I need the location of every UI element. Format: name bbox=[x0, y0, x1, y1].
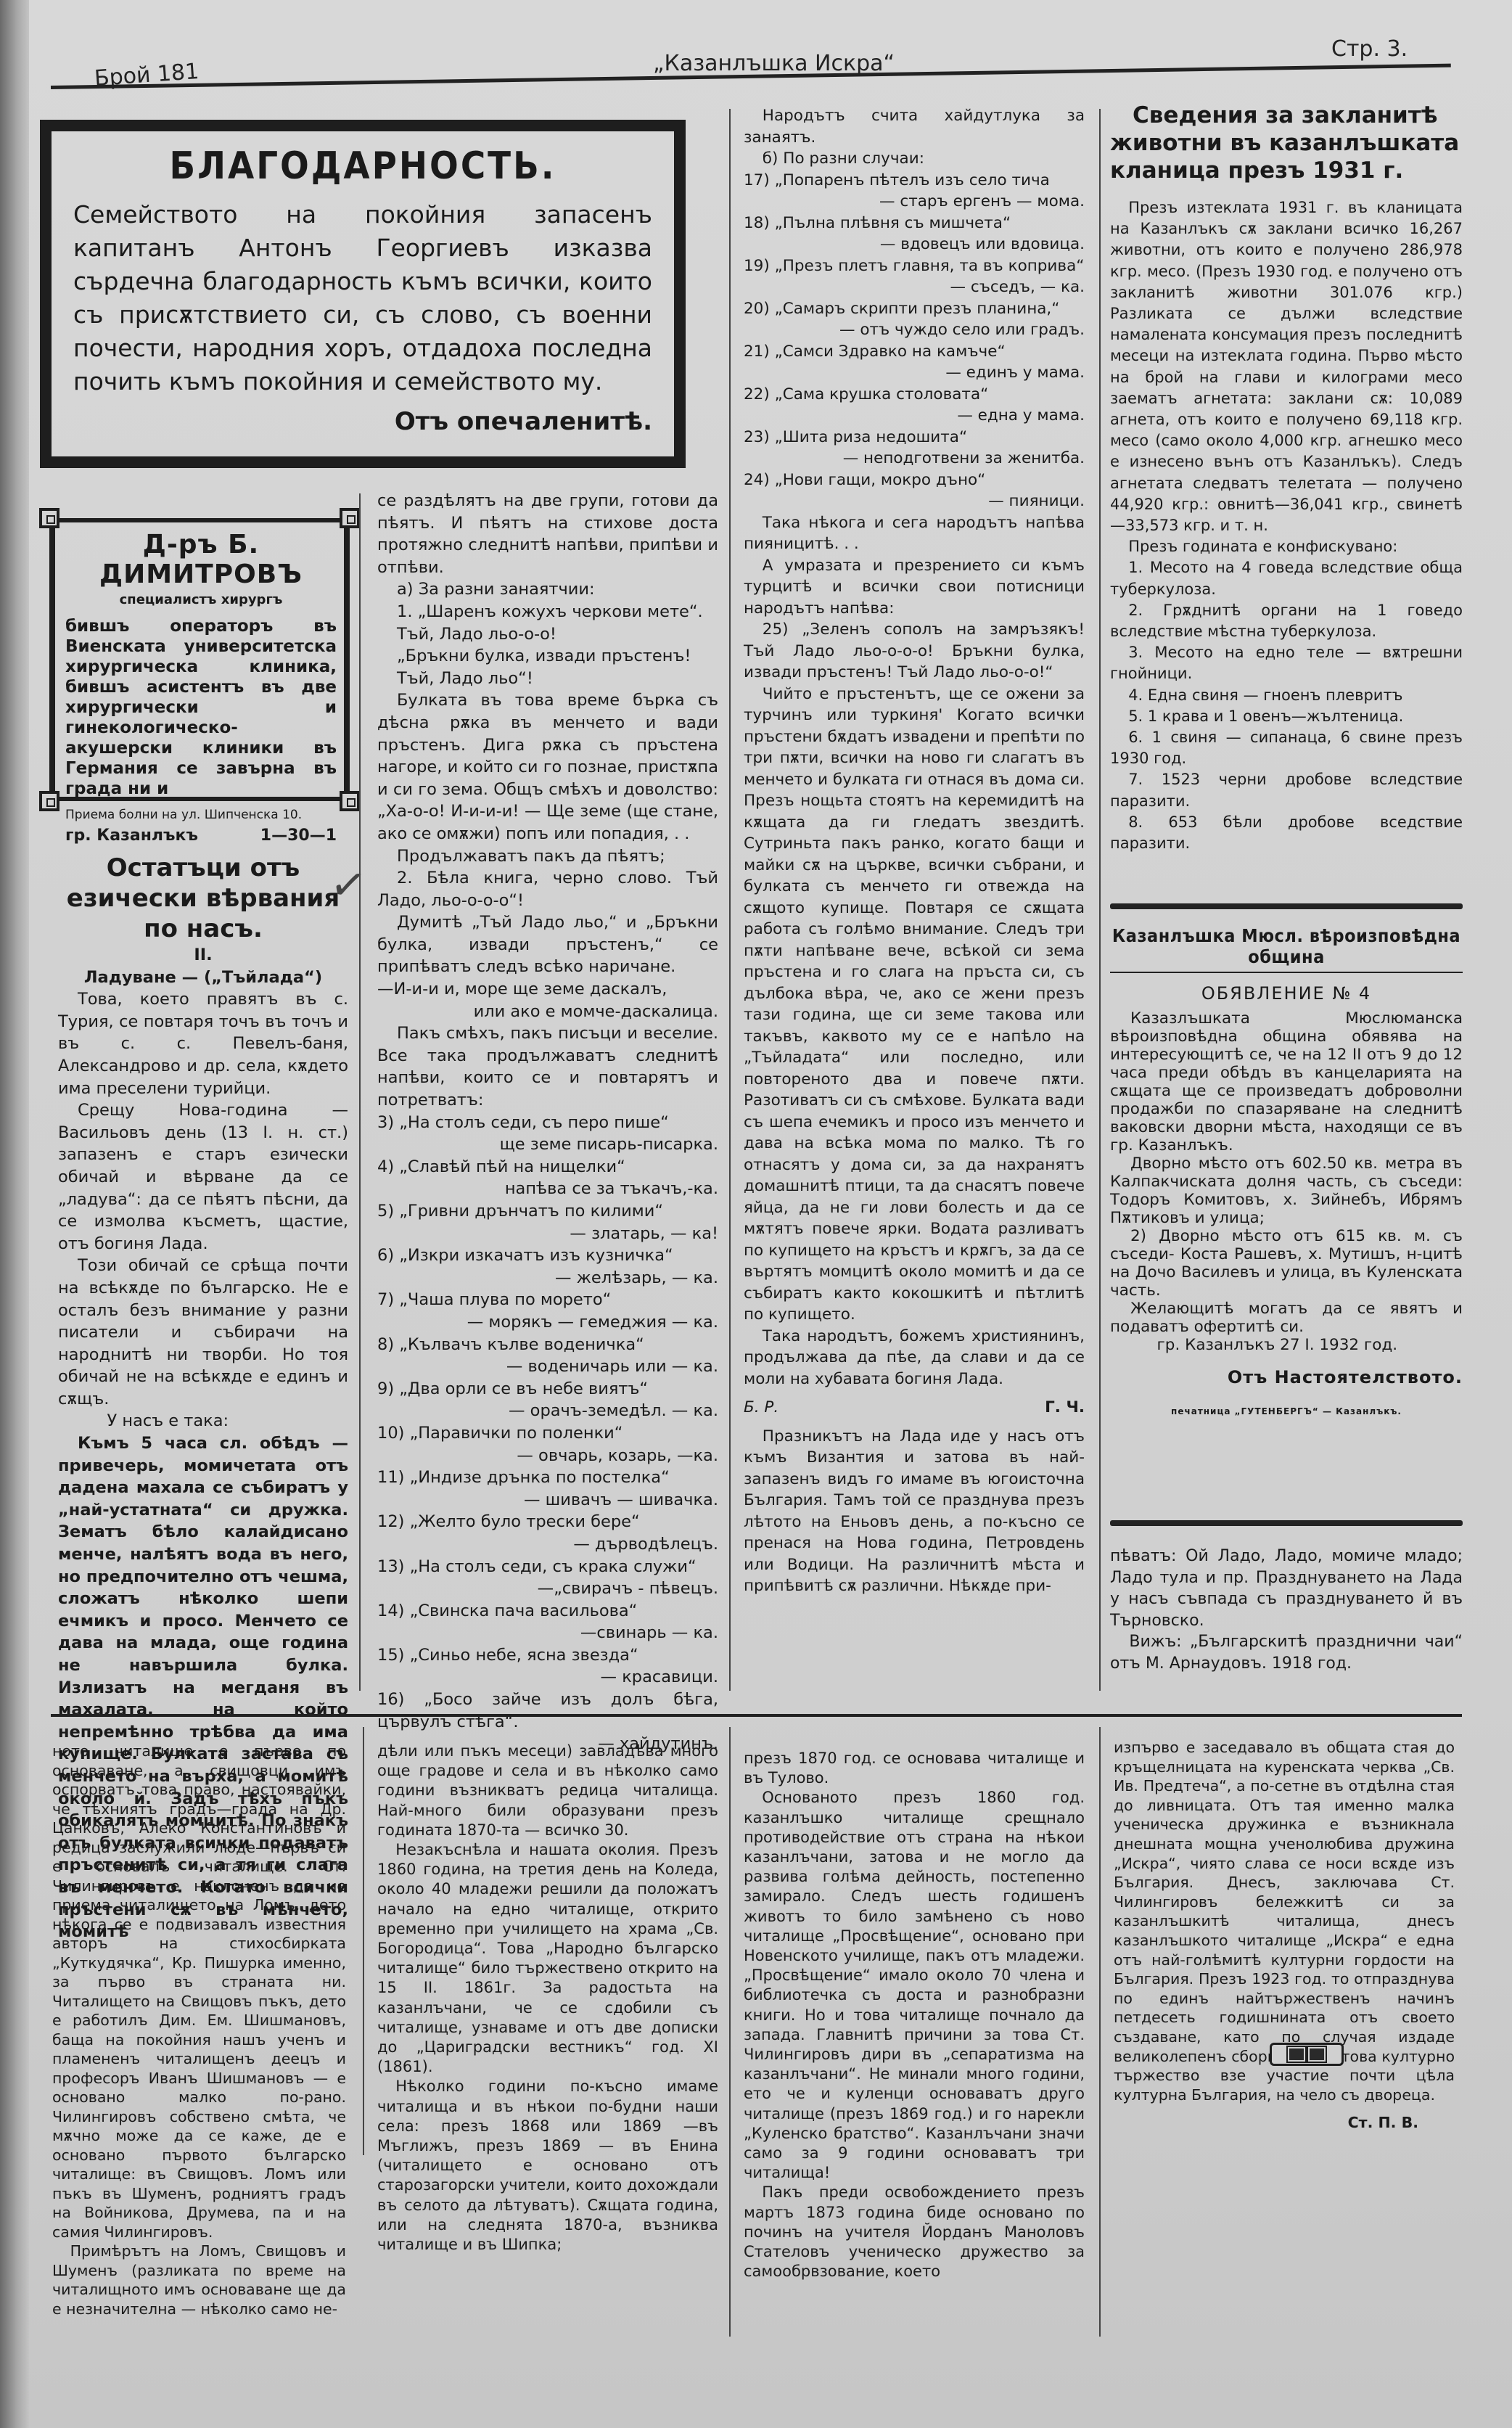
paragraph: Пакъ смѣхъ, пакъ писъци и веселие. Все т… bbox=[377, 1022, 718, 1111]
paragraph: презъ 1870 год. се основава читалище и в… bbox=[744, 1749, 1085, 1788]
note-continuation: пѣватъ: Ой Ладо, Ладо, момиче младо; Лад… bbox=[1110, 1546, 1463, 1674]
pagan-article-column-3: Народътъ счита хайдутлука за занаятъ. б)… bbox=[744, 105, 1085, 1597]
chitalishte-column-4: изпърво е заседавало въ общата стая до к… bbox=[1114, 1738, 1455, 2133]
paragraph: ното читалище е първо по основаване, а с… bbox=[52, 1742, 346, 2242]
list-item: 1. Месото на 4 говеда вследствие обща ту… bbox=[1110, 557, 1463, 599]
section-divider bbox=[1110, 903, 1463, 909]
doctor-specialty: специалистъ хирургъ bbox=[65, 592, 337, 607]
thanks-signature: Отъ опечаленитѣ. bbox=[73, 407, 652, 436]
paragraph: Тъй, Ладо льо-о-о! bbox=[377, 623, 718, 646]
paragraph: дѣли или пъкъ месеци) завладѣва много ощ… bbox=[377, 1742, 718, 1840]
song-item: 3) „На столъ седи, съ перо пише“ще земе … bbox=[377, 1112, 718, 1156]
notice-title: ОБЯВЛЕНИЕ № 4 bbox=[1110, 983, 1463, 1004]
thanks-title: БЛАГОДАРНОСТЬ. bbox=[73, 144, 652, 188]
section-divider bbox=[1110, 1520, 1463, 1526]
slaughter-article-title: Сведения за закланитѣ животни въ казанлъ… bbox=[1110, 102, 1463, 184]
notice-signature: Отъ Настоятелството. bbox=[1110, 1367, 1463, 1387]
ornament-icon bbox=[1270, 2043, 1344, 2066]
paragraph: Думитѣ „Тъй Ладо льо,“ и „Бръкни булка, … bbox=[377, 911, 718, 978]
list-item: 5. 1 крава и 1 овенъ—жълтеница. bbox=[1110, 706, 1463, 727]
song-item: 4) „Славѣй пѣй на нищелки“напѣва се за т… bbox=[377, 1156, 718, 1200]
paragraph: Нѣколко години по-късно имаме читалища и… bbox=[377, 2077, 718, 2255]
paragraph: А умразата и презрението си къмъ турцитѣ… bbox=[744, 555, 1085, 620]
paragraph: Презъ годината е конфискувано: bbox=[1110, 536, 1463, 557]
chitalishte-column-1: ното читалище е първо по основаване, а с… bbox=[52, 1742, 346, 2318]
paragraph: Така нѣкога и сега народътъ напѣва пияни… bbox=[744, 512, 1085, 555]
editor-note-mark: Б. Р. bbox=[744, 1397, 778, 1419]
paragraph: Народътъ счита хайдутлука за занаятъ. bbox=[744, 105, 1085, 148]
chitalishte-column-2: дѣли или пъкъ месеци) завладѣва много ощ… bbox=[377, 1742, 718, 2255]
doctor-city: гр. Казанлъкъ bbox=[65, 827, 198, 845]
paragraph: Продължаватъ пакъ да пѣятъ; bbox=[377, 845, 718, 868]
paragraph: Желающитѣ могатъ да се явятъ и подаватъ … bbox=[1110, 1300, 1463, 1336]
song-list: 17) „Попаренъ пѣтелъ изъ село тича— стар… bbox=[744, 170, 1085, 512]
song-item: 11) „Индизе дрънка по постелка“— шивачъ … bbox=[377, 1467, 718, 1511]
corner-ornament-icon bbox=[340, 791, 360, 811]
paragraph: 2) Дворно мѣсто отъ 615 кв. м. съ съседи… bbox=[1110, 1227, 1463, 1300]
column-divider bbox=[1099, 109, 1101, 1691]
paragraph: Презъ изтеклата 1931 г. въ кланицата на … bbox=[1110, 197, 1463, 536]
paragraph: Това, което правятъ въ с. Турия, се повт… bbox=[58, 988, 348, 1099]
song-item: 5) „Гривни дрънчатъ по килими“— златарь,… bbox=[377, 1200, 718, 1244]
doctor-ad: Д-ръ Б. ДИМИТРОВЪ специалистъ хирургъ би… bbox=[36, 508, 363, 811]
paragraph: Незакъснѣла и нашата околия. Презъ 1860 … bbox=[377, 1840, 718, 2077]
column-divider bbox=[359, 493, 361, 1691]
notice-date: гр. Казанлъкъ 27 I. 1932 год. bbox=[1110, 1336, 1463, 1354]
corner-ornament-icon bbox=[340, 508, 360, 528]
column-divider bbox=[1099, 1727, 1101, 2337]
song-item: 9) „Два орли се въ небе виятъ“— орачъ-зе… bbox=[377, 1378, 718, 1422]
paragraph: 2. Бѣла книга, черно слово. Тъй Ладо, ль… bbox=[377, 867, 718, 911]
paragraph: се раздѣлятъ на две групи, готови да пѣя… bbox=[377, 490, 718, 578]
thanks-notice-box: БЛАГОДАРНОСТЬ. Семейството на покойния з… bbox=[40, 120, 686, 468]
paragraph: „Бръкни булка, извади пръстенъ! bbox=[377, 645, 718, 668]
pagan-article-title: Остатъци отъ езически вѣрвания по насъ. bbox=[58, 853, 348, 944]
song-list: 3) „На столъ седи, съ перо пише“ще земе … bbox=[377, 1112, 718, 1755]
paragraph: пѣватъ: Ой Ладо, Ладо, момиче младо; Лад… bbox=[1110, 1546, 1463, 1631]
song-item: 6) „Изкри изкачатъ изъ кузничка“— желѣза… bbox=[377, 1244, 718, 1289]
paragraph: Дворно мѣсто отъ 602.50 кв. метра въ Кал… bbox=[1110, 1154, 1463, 1227]
article-signature: Ст. П. В. bbox=[1114, 2113, 1455, 2133]
list-item: 8. 653 бѣли дробове вседствие паразити. bbox=[1110, 812, 1463, 854]
paragraph: Примѣрътъ на Ломъ, Свищовъ и Шуменъ (раз… bbox=[52, 2242, 346, 2318]
song-item: 10) „Паравички по поленки“— овчарь, коза… bbox=[377, 1422, 718, 1467]
song-item: 8) „Кълвачъ кълве воденичка“— воденичарь… bbox=[377, 1334, 718, 1378]
list-item: 7. 1523 черни дробове вследствие паразит… bbox=[1110, 769, 1463, 811]
thanks-body: Семейството на покойния запасенъ капитан… bbox=[73, 198, 652, 398]
muslim-community-notice: Казанлъшка Мюсл. вѣроизповѣдна община ОБ… bbox=[1110, 925, 1463, 1416]
paragraph: Тъй, Ладо льо“! bbox=[377, 668, 718, 690]
song-item: 18) „Пълна плѣвня съ мишчета“— вдовецъ и… bbox=[744, 213, 1085, 255]
bottom-section-rule bbox=[51, 1714, 1462, 1717]
chitalishte-column-3: презъ 1870 год. се основава читалище и в… bbox=[744, 1749, 1085, 2281]
page-number: Стр. 3. bbox=[1331, 36, 1408, 62]
notice-header: Казанлъшка Мюсл. вѣроизповѣдна община bbox=[1110, 925, 1463, 973]
author-initials: Г. Ч. bbox=[1045, 1397, 1085, 1419]
paragraph: У насъ е така: bbox=[58, 1410, 348, 1432]
slaughter-article: Сведения за закланитѣ животни въ казанлъ… bbox=[1110, 102, 1463, 854]
doctor-ad-code: 1—30—1 bbox=[260, 827, 337, 845]
song-item: 17) „Попаренъ пѣтелъ изъ село тича— стар… bbox=[744, 170, 1085, 213]
paragraph: 1. „Шаренъ кожухъ черкови мете“. bbox=[377, 601, 718, 623]
column-divider bbox=[363, 1727, 364, 2155]
song-item: 22) „Сама крушка столовата“— една у мама… bbox=[744, 384, 1085, 427]
list-item: 2. Грѫднитѣ органи на 1 говедо вследстви… bbox=[1110, 600, 1463, 642]
paragraph: Срещу Нова-година — Васильовъ день (13 I… bbox=[58, 1099, 348, 1255]
column-divider bbox=[729, 1727, 731, 2337]
song-item: 13) „На столъ седи, съ крака служи“—„сви… bbox=[377, 1556, 718, 1600]
printer-credit: печатница „ГУТЕНБЕРГЪ“ — Казанлъкъ. bbox=[1110, 1406, 1463, 1416]
paragraph: Основаното презъ 1860 год. казанлъшко чи… bbox=[744, 1788, 1085, 2183]
paragraph: или ако е момче-даскалица. bbox=[377, 1001, 718, 1023]
paragraph: Този обичай се срѣща почти на всѣкѫде по… bbox=[58, 1255, 348, 1410]
song-item: 23) „Шита риза недошита“— неподготвени з… bbox=[744, 427, 1085, 469]
article-subtitle: Ладуване — („Тъйлада“) bbox=[58, 967, 348, 989]
song-item: 20) „Самаръ скрипти презъ планина,“— отъ… bbox=[744, 298, 1085, 341]
paragraph: —И-и-и и, море ще земе даскалъ, bbox=[377, 978, 718, 1001]
paragraph: Булката въ това време бърка съ дѣсна рѫк… bbox=[377, 689, 718, 845]
song-item: 12) „Желто було трески бере“— дърводѣлец… bbox=[377, 1511, 718, 1555]
article-part: II. bbox=[58, 944, 348, 967]
doctor-description: бившъ операторъ въ Виенската университет… bbox=[65, 616, 337, 799]
song-item: 24) „Нови гащи, мокро дъно“— пияници. bbox=[744, 469, 1085, 512]
song-item: 7) „Чаша плува по морето“— морякъ — геме… bbox=[377, 1289, 718, 1333]
editor-note: Празникътъ на Лада иде у насъ отъ къмъ В… bbox=[744, 1426, 1085, 1597]
pagan-article-column-2: се раздѣлятъ на две групи, готови да пѣя… bbox=[377, 490, 718, 1755]
list-item: 6. 1 свиня — сипанаца, 6 свине презъ 193… bbox=[1110, 727, 1463, 769]
corner-ornament-icon bbox=[39, 791, 59, 811]
paragraph: Казазлъшката Мюслюманска вѣроизповѣдна о… bbox=[1110, 1009, 1463, 1154]
list-item: 4. Една свиня — гноенъ плевритъ bbox=[1110, 685, 1463, 706]
subheading: б) По разни случаи: bbox=[744, 148, 1085, 170]
doctor-address: Приема болни на ул. Шипченска 10. bbox=[65, 808, 337, 822]
song-item: 19) „Презъ плетъ главня, та въ коприва“—… bbox=[744, 255, 1085, 298]
paragraph: Така народътъ, божемъ християнинъ, продъ… bbox=[744, 1326, 1085, 1390]
paragraph: Вижъ: „Българскитѣ празднични чаи“ отъ М… bbox=[1110, 1631, 1463, 1674]
handwritten-checkmark-icon: ✓ bbox=[326, 858, 370, 913]
paragraph: а) За разни занаятчии: bbox=[377, 578, 718, 601]
doctor-name: Д-ръ Б. ДИМИТРОВЪ bbox=[65, 530, 337, 589]
paragraph: Чийто е пръстенътъ, ще се ожени за турчи… bbox=[744, 684, 1085, 1326]
song-item: 15) „Синьо небе, ясна звезда“— красавици… bbox=[377, 1644, 718, 1689]
corner-ornament-icon bbox=[39, 508, 59, 528]
paragraph: 25) „Зеленъ сополъ на замръзякъ! Тъй Лад… bbox=[744, 619, 1085, 684]
song-item: 21) „Самси Здравко на камъче“— единъ у м… bbox=[744, 341, 1085, 384]
song-item: 14) „Свинска пача васильова“—свинарь — к… bbox=[377, 1600, 718, 1644]
book-spine bbox=[0, 0, 29, 2428]
paragraph: Пакъ преди освобождението презъ мартъ 18… bbox=[744, 2183, 1085, 2281]
list-item: 3. Месото на едно теле — вѫтрешни гнойни… bbox=[1110, 642, 1463, 684]
column-divider bbox=[729, 109, 731, 1691]
